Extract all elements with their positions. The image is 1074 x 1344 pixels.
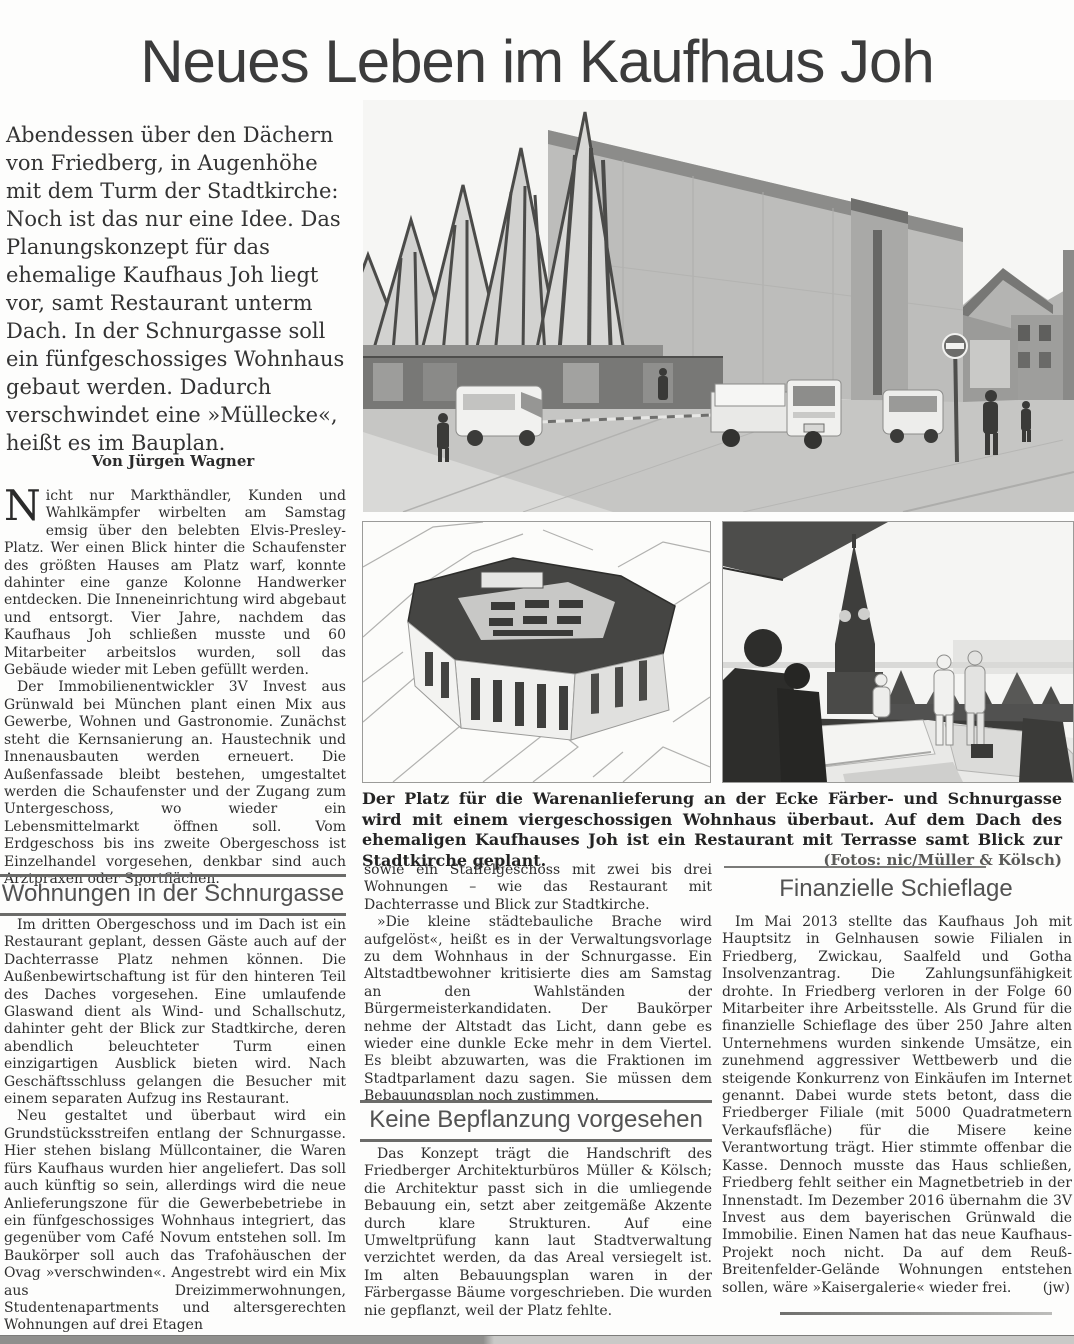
article-headline: Neues Leben im Kaufhaus Joh: [0, 26, 1074, 98]
author-initials: (jw): [1024, 1280, 1070, 1297]
body-paragraph: »Die kleine städtebauliche Brache wird a…: [364, 914, 712, 1105]
body-paragraph: Nicht nur Markthändler, Kunden und Wahlk…: [4, 488, 346, 679]
rule-above-schieflage: [724, 866, 986, 868]
rendering-aerial-view: [362, 521, 711, 783]
column-2-upper: sowie ein Staffelgeschoss mit zwei bis d…: [364, 862, 712, 1106]
body-paragraph: sowie ein Staffelgeschoss mit zwei bis d…: [364, 862, 712, 914]
end-rule: [780, 1312, 1052, 1315]
building-block: [408, 558, 675, 740]
photo-caption: Der Platz für die Warenanlieferung an de…: [362, 789, 1062, 871]
aerial-rendering-illustration: [363, 522, 710, 782]
photo-kaufhaus-exterior: [363, 100, 1074, 512]
drop-cap: N: [4, 488, 46, 523]
subheading-schieflage: Finanzielle Schieflage: [718, 876, 1074, 902]
lead-paragraph: Abendessen über den Dächern von Friedber…: [6, 121, 348, 457]
subheading-bepflanzung: Keine Bepflanzung vorgesehen: [360, 1100, 712, 1142]
column-1-upper: Nicht nur Markthändler, Kunden und Wahlk…: [4, 488, 346, 888]
body-paragraph: Das Konzept trägt die Handschrift des Fr…: [364, 1146, 712, 1320]
rendering-roof-terrace: [722, 521, 1074, 783]
body-paragraph: Neu gestaltet und überbaut wird ein Grun…: [4, 1108, 346, 1334]
body-paragraph: Im dritten Obergeschoss und im Dach ist …: [4, 917, 346, 1108]
column-3: Im Mai 2013 stellte das Kaufhaus Joh mit…: [722, 914, 1072, 1297]
column-2-lower: Das Konzept trägt die Handschrift des Fr…: [364, 1146, 712, 1320]
kaufhaus-photo-illustration: [363, 100, 1074, 512]
body-paragraph: Der Immobilienentwickler 3V Invest aus G…: [4, 679, 346, 888]
byline: Von Jürgen Wagner: [0, 452, 346, 470]
column-1-lower: Im dritten Obergeschoss und im Dach ist …: [4, 917, 346, 1335]
scan-edge: [0, 1335, 1074, 1344]
body-paragraph: Im Mai 2013 stellte das Kaufhaus Joh mit…: [722, 914, 1072, 1297]
newspaper-page: Neues Leben im Kaufhaus Joh Abendessen ü…: [0, 0, 1074, 1344]
subheading-wohnungen: Wohnungen in der Schnurgasse: [0, 874, 346, 916]
terrace-rendering-illustration: [723, 522, 1073, 782]
